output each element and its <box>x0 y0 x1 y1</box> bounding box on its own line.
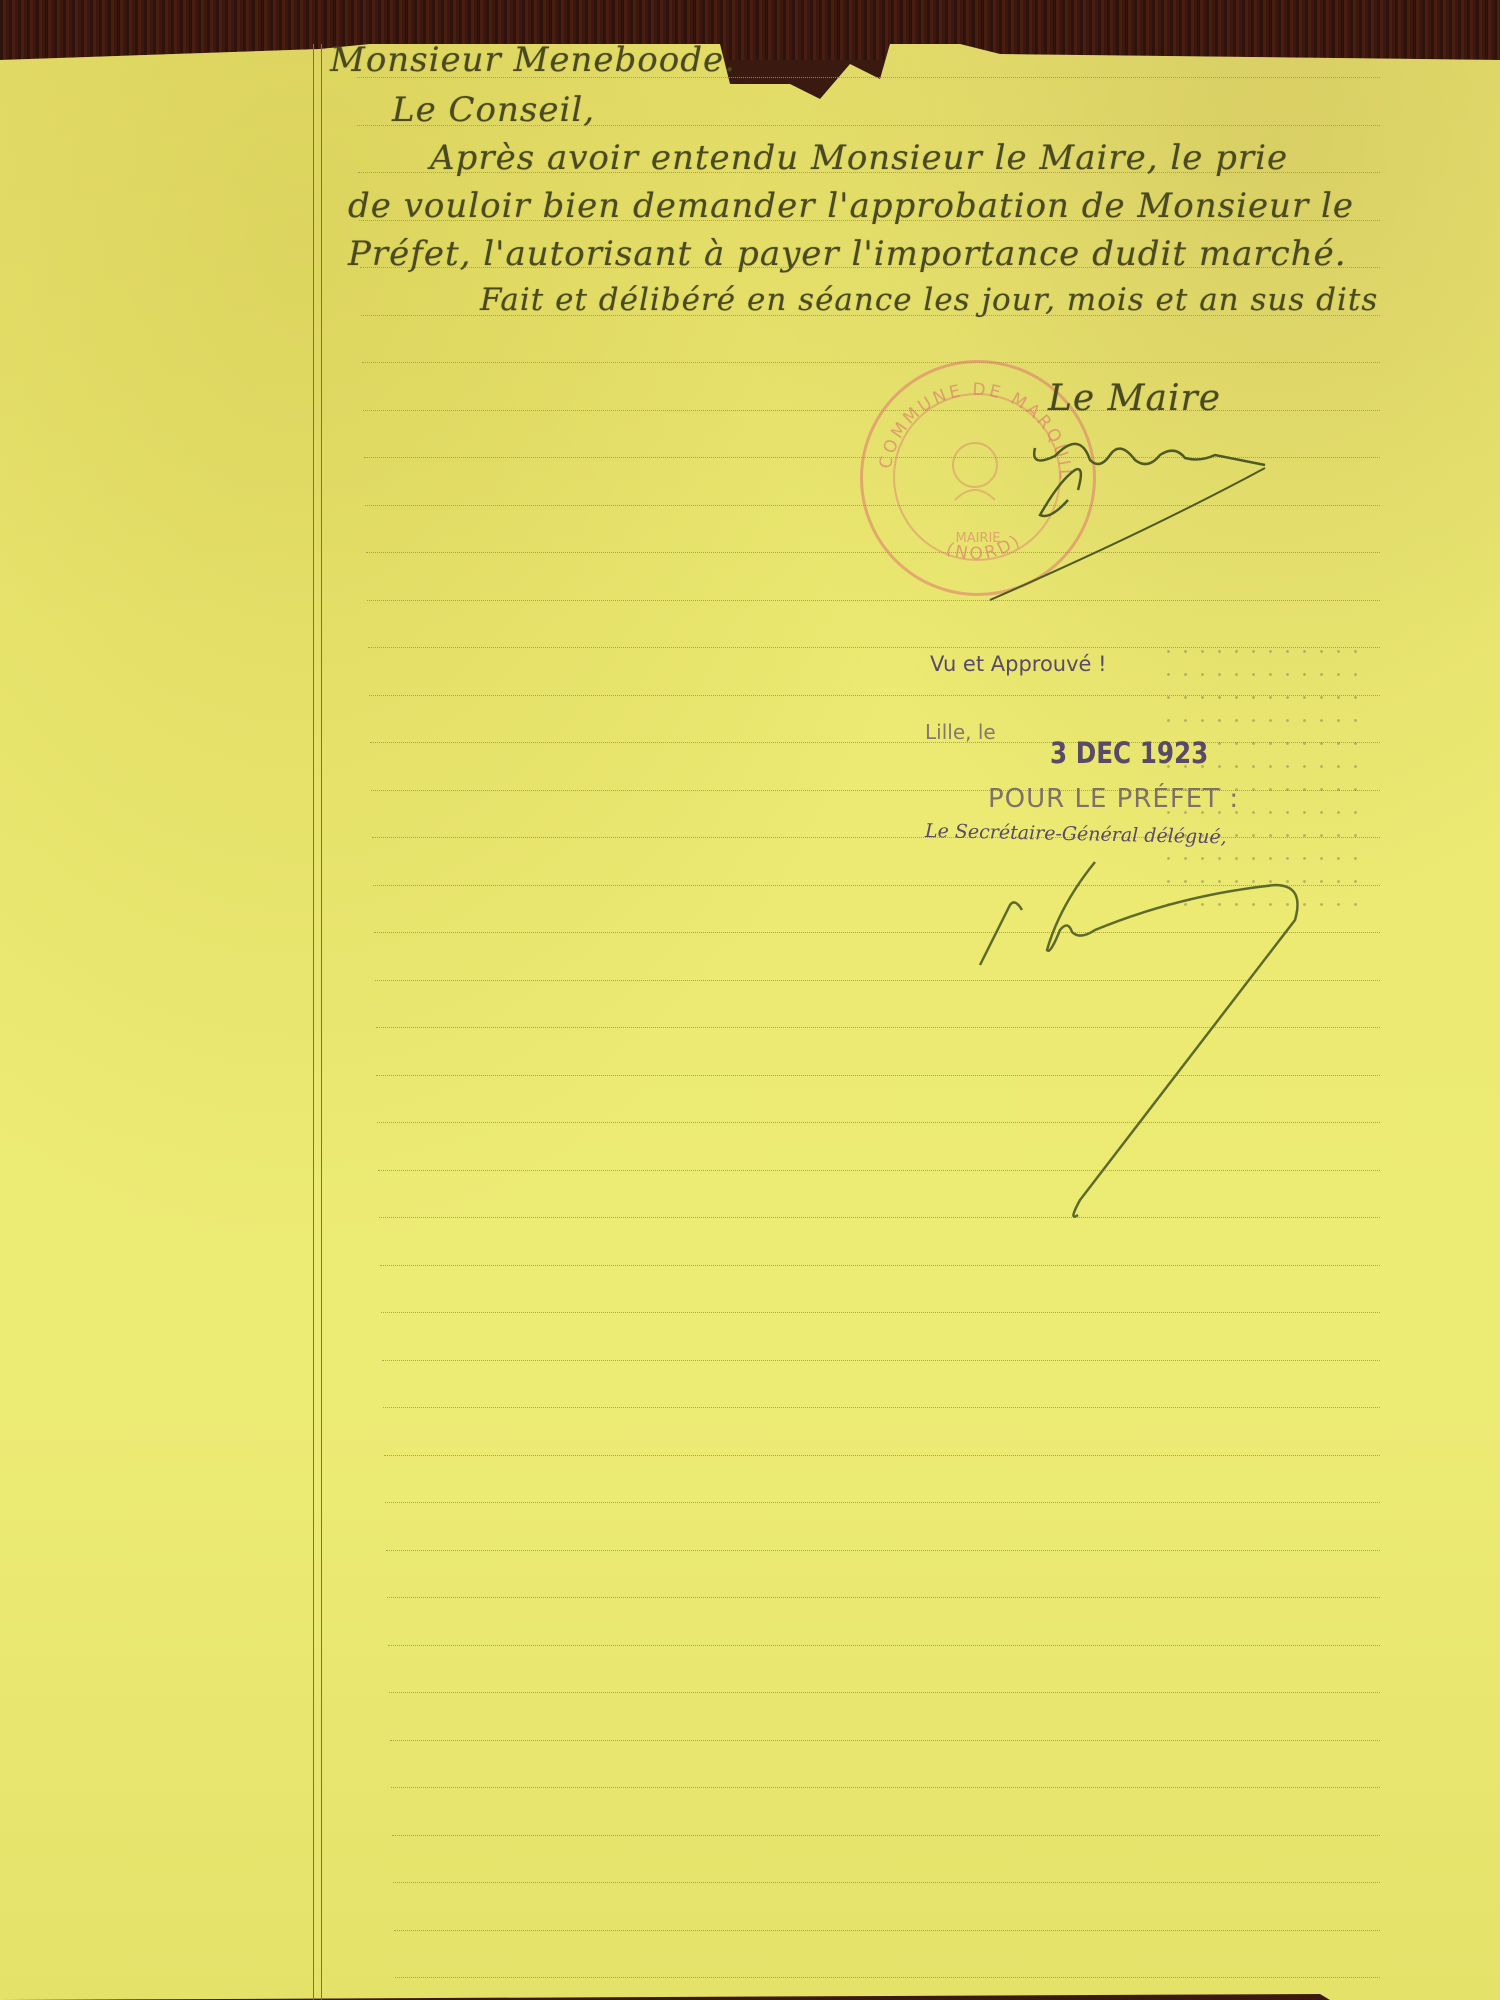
ruled-line <box>390 1740 1380 1741</box>
ruled-line <box>385 1502 1380 1503</box>
prefect-signature-icon <box>0 0 1500 1300</box>
ruled-line <box>391 1787 1380 1788</box>
ruled-line <box>395 1977 1380 1978</box>
ruled-line <box>393 1882 1380 1883</box>
ruled-line <box>394 1930 1380 1931</box>
ruled-line <box>386 1550 1380 1551</box>
ruled-line <box>382 1360 1380 1361</box>
ruled-line <box>388 1645 1380 1646</box>
ruled-line <box>387 1597 1380 1598</box>
ruled-line <box>389 1692 1380 1693</box>
ruled-line <box>392 1835 1380 1836</box>
ruled-line <box>381 1312 1380 1313</box>
ruled-line <box>384 1455 1380 1456</box>
ruled-line <box>383 1407 1380 1408</box>
